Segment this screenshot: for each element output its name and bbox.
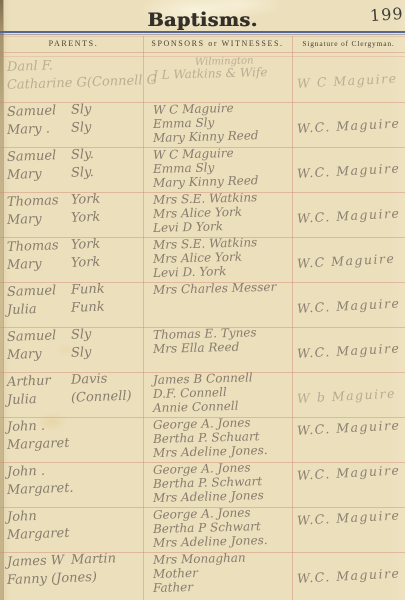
parent-name: MarySly xyxy=(7,342,144,365)
parent-name: Catharine G(Connell G xyxy=(7,72,144,95)
signature-cell: W b Maguire xyxy=(297,388,405,403)
sponsors-cell: Mrs MonaghanMotherFather xyxy=(153,553,293,595)
band-top-rule xyxy=(0,36,405,37)
parents-cell: John .Margaret. xyxy=(7,464,143,500)
clergyman-signature: W.C. Maguire xyxy=(297,295,405,316)
sponsor-name: J L Watkins & Wife xyxy=(153,64,293,82)
row-divider xyxy=(0,237,405,238)
parent-name: Margaret. xyxy=(7,477,144,500)
signature-cell: W.C Maguire xyxy=(297,253,405,268)
parents-cell: JohnMargaret xyxy=(7,509,143,545)
signature-cell: W.C. Maguire xyxy=(297,298,405,313)
sponsors-cell: WilmingtonJ L Watkins & Wife xyxy=(153,58,293,82)
clergyman-signature: W.C. Maguire xyxy=(297,205,405,226)
page-title: Baptisms. xyxy=(0,9,405,31)
signature-cell: W.C. Maguire xyxy=(297,163,405,178)
clergyman-signature: W b Maguire xyxy=(297,385,405,406)
clergyman-signature: W.C. Maguire xyxy=(297,160,405,181)
table-row: John .Margaret.George A. JonesBertha P. … xyxy=(0,462,405,507)
sponsor-name: Annie Connell xyxy=(153,397,293,415)
sponsors-cell: Mrs S.E. WatkinsMrs Alice YorkLevi D. Yo… xyxy=(153,238,293,280)
row-divider xyxy=(0,417,405,418)
parents-cell: James WMartinFanny (Jones) xyxy=(7,554,143,590)
clergyman-signature: W C Maguire xyxy=(297,70,405,91)
parent-name: JuliaFunk xyxy=(7,297,144,320)
parents-cell: SamuelSly.MarySly. xyxy=(7,149,143,185)
parent-name: Fanny (Jones) xyxy=(7,567,144,590)
sponsors-cell: Thomas E. TynesMrs Ella Reed xyxy=(153,328,293,356)
table-row: SamuelSlyMary .SlyW C MaguireEmma SlyMar… xyxy=(0,102,405,147)
sponsor-name: Father xyxy=(153,577,293,595)
table-row: Danl F.Catharine G(Connell GWilmingtonJ … xyxy=(0,57,405,102)
table-row: ArthurDavisJulia(Connell)James B Connell… xyxy=(0,372,405,417)
sponsors-cell: George A. JonesBertha P SchwartMrs Adeli… xyxy=(153,508,293,550)
signature-cell: W C Maguire xyxy=(297,73,405,88)
sponsor-name: Mrs Adeline Jones. xyxy=(153,442,293,460)
sponsors-cell: James B ConnellD.F. ConnellAnnie Connell xyxy=(153,373,293,415)
sponsor-name: Mary Kinny Reed xyxy=(153,127,293,145)
table-row: John .MargaretGeorge A. JonesBertha P. S… xyxy=(0,417,405,462)
register-page: 199 Baptisms. PARENTS. SPONSORS or WITNE… xyxy=(0,0,405,600)
clergyman-signature: W.C. Maguire xyxy=(297,115,405,136)
table-row: SamuelSlyMarySlyThomas E. TynesMrs Ella … xyxy=(0,327,405,372)
band-bottom-rule xyxy=(0,52,405,53)
parent-name: Margaret xyxy=(7,522,144,545)
sponsors-cell: W C MaguireEmma SlyMary Kinny Reed xyxy=(153,148,293,190)
column-header-sponsors: SPONSORS or WITNESSES. xyxy=(143,39,292,48)
sponsor-name: Levi D York xyxy=(153,217,293,235)
header-rule-blue-thin xyxy=(0,34,405,35)
row-divider xyxy=(0,507,405,508)
clergyman-signature: W.C. Maguire xyxy=(297,565,405,586)
signature-cell: W.C. Maguire xyxy=(297,343,405,358)
row-divider xyxy=(0,192,405,193)
sponsor-name: Mrs Adeline Jones. xyxy=(153,532,293,550)
row-divider xyxy=(0,147,405,148)
table-row: SamuelSly.MarySly.W C MaguireEmma SlyMar… xyxy=(0,147,405,192)
clergyman-signature: W.C. Maguire xyxy=(297,417,405,438)
parents-cell: SamuelSlyMarySly xyxy=(7,329,143,365)
sponsors-cell: George A. JonesBertha P. SchwartMrs Adel… xyxy=(153,463,293,505)
sponsors-cell: W C MaguireEmma SlyMary Kinny Reed xyxy=(153,103,293,145)
sponsors-cell: Mrs S.E. WatkinsMrs Alice YorkLevi D Yor… xyxy=(153,193,293,235)
row-divider xyxy=(0,282,405,283)
table-row: SamuelFunkJuliaFunkMrs Charles MesserW.C… xyxy=(0,282,405,327)
header-rule-blue xyxy=(0,31,405,33)
row-divider xyxy=(0,102,405,103)
signature-cell: W.C. Maguire xyxy=(297,208,405,223)
parent-name: Margaret xyxy=(7,432,144,455)
parent-name: MarySly. xyxy=(7,162,144,185)
clergyman-signature: W.C. Maguire xyxy=(297,462,405,483)
table-row: ThomasYorkMaryYorkMrs S.E. WatkinsMrs Al… xyxy=(0,192,405,237)
sponsors-cell: George A. JonesBertha P. SchuartMrs Adel… xyxy=(153,418,293,460)
signature-cell: W.C. Maguire xyxy=(297,465,405,480)
parents-cell: ThomasYorkMaryYork xyxy=(7,239,143,275)
parents-cell: ArthurDavisJulia(Connell) xyxy=(7,374,143,410)
row-divider xyxy=(0,372,405,373)
column-header-signature: Signature of Clergyman. xyxy=(292,39,405,48)
parents-cell: SamuelSlyMary .Sly xyxy=(7,104,143,140)
sponsor-name: Mary Kinny Reed xyxy=(153,172,293,190)
signature-cell: W.C. Maguire xyxy=(297,510,405,525)
column-header-parents: PARENTS. xyxy=(4,39,143,48)
clergyman-signature: W.C. Maguire xyxy=(297,507,405,528)
parents-cell: John .Margaret xyxy=(7,419,143,455)
parent-name: Mary .Sly xyxy=(7,117,144,140)
signature-cell: W.C. Maguire xyxy=(297,118,405,133)
parents-cell: SamuelFunkJuliaFunk xyxy=(7,284,143,320)
row-divider xyxy=(0,327,405,328)
signature-cell: W.C. Maguire xyxy=(297,568,405,583)
signature-cell: W.C. Maguire xyxy=(297,420,405,435)
table-row: James WMartinFanny (Jones)Mrs MonaghanMo… xyxy=(0,552,405,600)
table-row: JohnMargaretGeorge A. JonesBertha P Schw… xyxy=(0,507,405,552)
sponsor-name: Levi D. York xyxy=(153,262,293,280)
parent-name: MaryYork xyxy=(7,207,144,230)
clergyman-signature: W.C. Maguire xyxy=(297,340,405,361)
parent-name: Julia(Connell) xyxy=(7,387,144,410)
table-row: ThomasYorkMaryYorkMrs S.E. WatkinsMrs Al… xyxy=(0,237,405,282)
sponsor-name: Mrs Ella Reed xyxy=(153,338,293,356)
parents-cell: ThomasYorkMaryYork xyxy=(7,194,143,230)
parents-cell: Danl F.Catharine G(Connell G xyxy=(7,59,143,95)
row-divider xyxy=(0,552,405,553)
sponsors-cell: Mrs Charles Messer xyxy=(153,283,293,297)
row-divider xyxy=(0,462,405,463)
clergyman-signature: W.C Maguire xyxy=(297,250,405,271)
parent-name: MaryYork xyxy=(7,252,144,275)
sponsor-name: Mrs Adeline Jones xyxy=(153,487,293,505)
